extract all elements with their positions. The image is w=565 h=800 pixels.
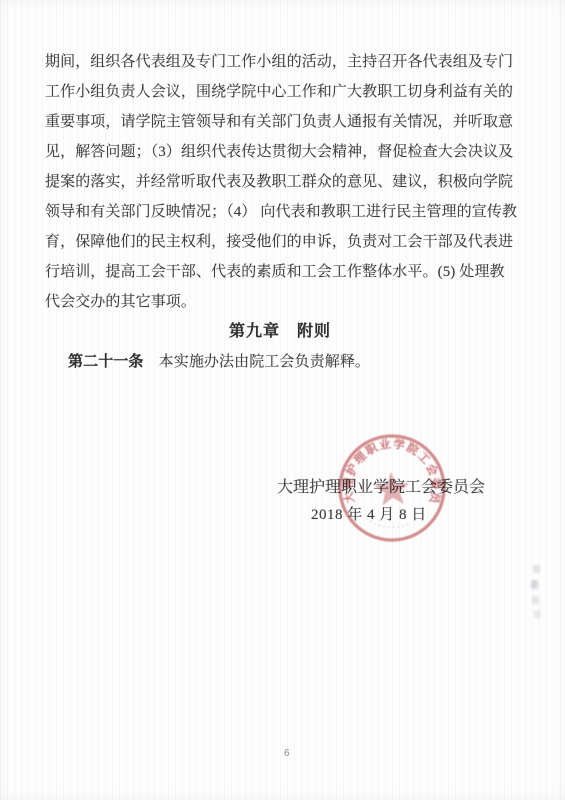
body-paragraph: 期间，组织各代表组及专门工作小组的活动，主持召开各代表组及专门 工作小组负责人会… — [45, 47, 515, 377]
clause-text: 本实施办法由院工会负责解释。 — [144, 354, 371, 370]
body-line: 见，解答问题；（3）组织代表传达贯彻大会精神，督促检查大会决议及 — [45, 137, 515, 167]
clause-term: 第二十一条 — [68, 354, 144, 370]
body-line: 提案的落实，并经常听取代表及教职工群众的意见、建议，积极向学院 — [45, 167, 515, 197]
bleed-through-mark — [533, 565, 540, 573]
chapter-heading: 第九章 附则 — [45, 317, 515, 347]
page-number: 6 — [284, 748, 290, 759]
date-line: 2018 年 4 月 8 日 — [311, 503, 427, 524]
seal-arc-text: 大理护理职业学院工会委员会 — [328, 424, 445, 514]
body-line: 期间，组织各代表组及专门工作小组的活动，主持召开各代表组及专门 — [45, 47, 515, 77]
bleed-through-mark — [531, 580, 538, 589]
body-line: 行培训，提高工会干部、代表的素质和工会工作整体水平。(5) 处理教 — [45, 257, 515, 287]
bleed-through-mark — [532, 596, 539, 604]
body-line: 重要事项，请学院主管领导和有关部门负责人通报有关情况，并听取意 — [45, 107, 515, 137]
body-line: 代会交办的其它事项。 — [45, 287, 515, 317]
body-line: 领导和有关部门反映情况；（4） 向代表和教职工进行民主管理的宣传教 — [45, 197, 515, 227]
clause-line: 第二十一条 本实施办法由院工会负责解释。 — [45, 347, 515, 377]
bleed-through-mark — [534, 610, 541, 618]
body-line: 工作小组负责人会议，围绕学院中心工作和广大教职工切身利益有关的 — [45, 77, 515, 107]
body-line: 育，保障他们的民主权利，接受他们的申诉，负责对工会干部及代表进 — [45, 227, 515, 257]
document-page: 期间，组织各代表组及专门工作小组的活动，主持召开各代表组及专门 工作小组负责人会… — [0, 0, 565, 800]
signature-line: 大理护理职业学院工会委员会 — [277, 474, 485, 497]
